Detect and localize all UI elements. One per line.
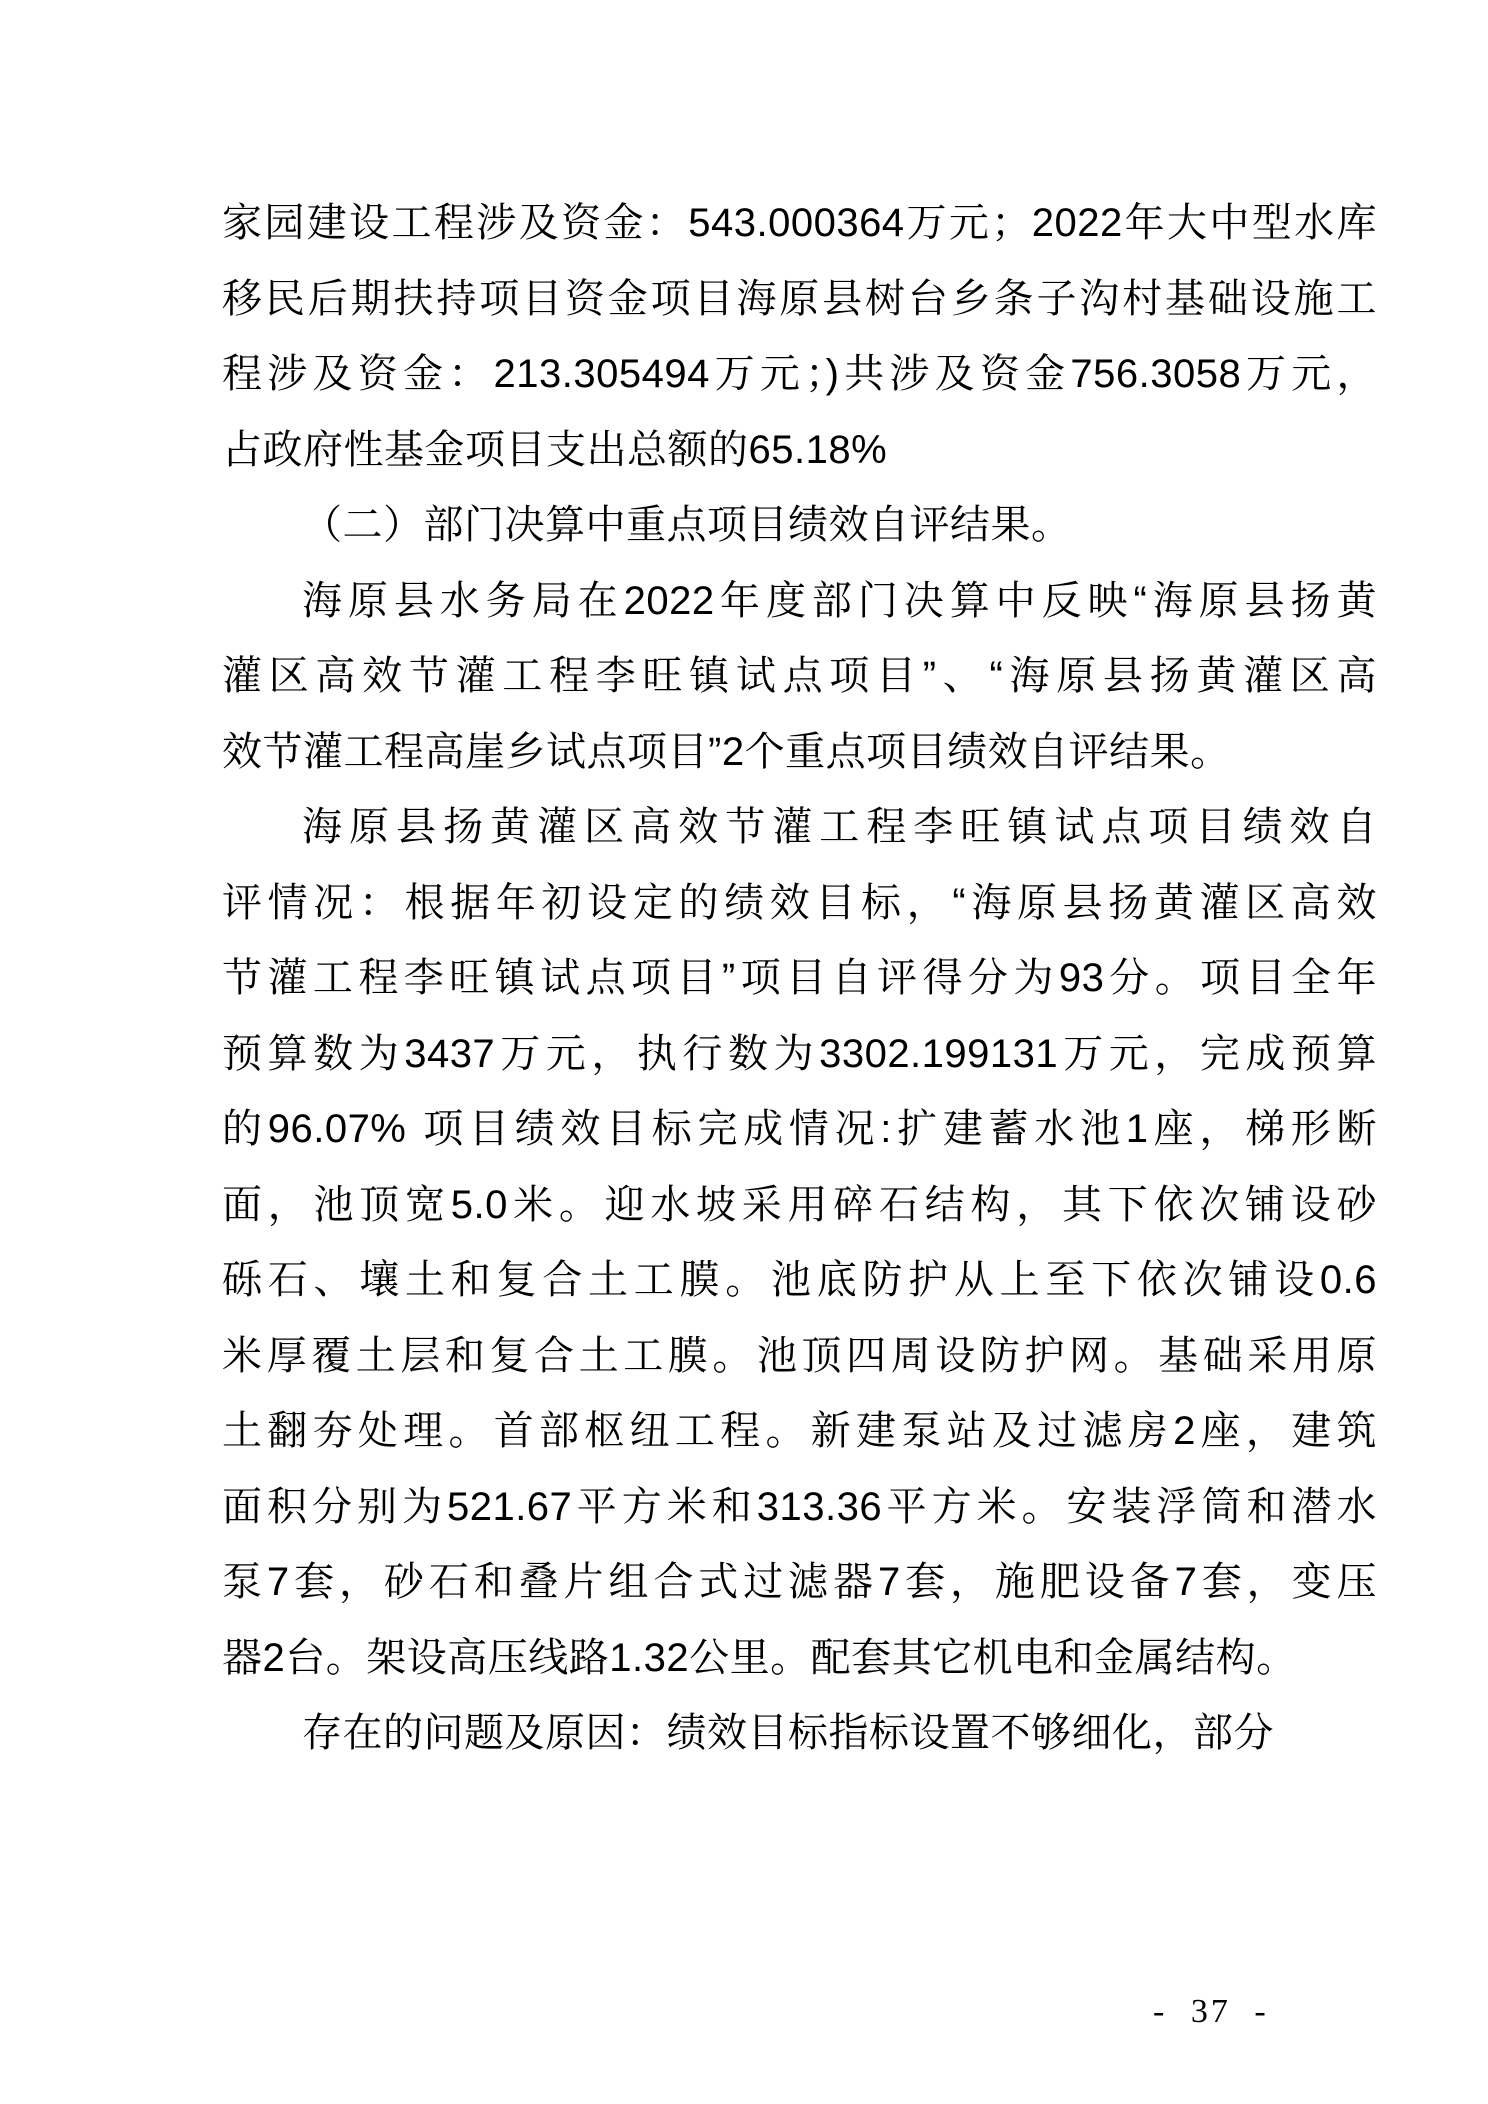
text-line: 土翻夯处理。首部枢纽工程。新建泵站及过滤房2座，建筑 (222, 1394, 1377, 1470)
text-line: 程涉及资金：213.305494万元；)共涉及资金756.3058万元， (222, 337, 1377, 413)
text-line: 评情况：根据年初设定的绩效目标，“海原县扬黄灌区高效 (222, 866, 1377, 942)
text-line: 海原县水务局在2022年度部门决算中反映“海原县扬黄 (222, 564, 1377, 640)
text-line: 效节灌工程高崖乡试点项目”2个重点项目绩效自评结果。 (222, 715, 1377, 791)
text-line: 米厚覆土层和复合土工膜。池顶四周设防护网。基础采用原 (222, 1319, 1377, 1395)
text-line: 泵7套，砂石和叠片组合式过滤器7套，施肥设备7套，变压 (222, 1545, 1377, 1621)
text-line: 预算数为3437万元，执行数为3302.199131万元，完成预算 (222, 1017, 1377, 1093)
text-line: 面，池顶宽5.0米。迎水坡采用碎石结构，其下依次铺设砂 (222, 1168, 1377, 1244)
text-line: 移民后期扶持项目资金项目海原县树台乡条子沟村基础设施工 (222, 262, 1377, 338)
paragraph: 家园建设工程涉及资金：543.000364万元；2022年大中型水库移民后期扶持… (222, 186, 1377, 488)
paragraph: （二）部门决算中重点项目绩效自评结果。 (222, 488, 1377, 564)
text-line: 的96.07% 项目绩效目标完成情况:扩建蓄水池1座，梯形断 (222, 1092, 1377, 1168)
document-page: 家园建设工程涉及资金：543.000364万元；2022年大中型水库移民后期扶持… (0, 0, 1488, 2104)
document-body: 家园建设工程涉及资金：543.000364万元；2022年大中型水库移民后期扶持… (222, 186, 1377, 1772)
text-line: （二）部门决算中重点项目绩效自评结果。 (222, 488, 1377, 564)
paragraph: 海原县水务局在2022年度部门决算中反映“海原县扬黄灌区高效节灌工程李旺镇试点项… (222, 564, 1377, 791)
page-number: - 37 - (1153, 1993, 1269, 2031)
text-line: 灌区高效节灌工程李旺镇试点项目”、“海原县扬黄灌区高 (222, 639, 1377, 715)
paragraph: 存在的问题及原因：绩效目标指标设置不够细化，部分 (222, 1696, 1377, 1772)
text-line: 占政府性基金项目支出总额的65.18% (222, 413, 1377, 489)
text-line: 器2台。架设高压线路1.32公里。配套其它机电和金属结构。 (222, 1621, 1377, 1697)
text-line: 砾石、壤土和复合土工膜。池底防护从上至下依次铺设0.6 (222, 1243, 1377, 1319)
text-line: 存在的问题及原因：绩效目标指标设置不够细化，部分 (222, 1696, 1377, 1772)
text-line: 家园建设工程涉及资金：543.000364万元；2022年大中型水库 (222, 186, 1377, 262)
text-line: 海原县扬黄灌区高效节灌工程李旺镇试点项目绩效自 (222, 790, 1377, 866)
text-line: 节灌工程李旺镇试点项目”项目自评得分为93分。项目全年 (222, 941, 1377, 1017)
text-line: 面积分别为521.67平方米和313.36平方米。安装浮筒和潜水 (222, 1470, 1377, 1546)
paragraph: 海原县扬黄灌区高效节灌工程李旺镇试点项目绩效自评情况：根据年初设定的绩效目标，“… (222, 790, 1377, 1696)
